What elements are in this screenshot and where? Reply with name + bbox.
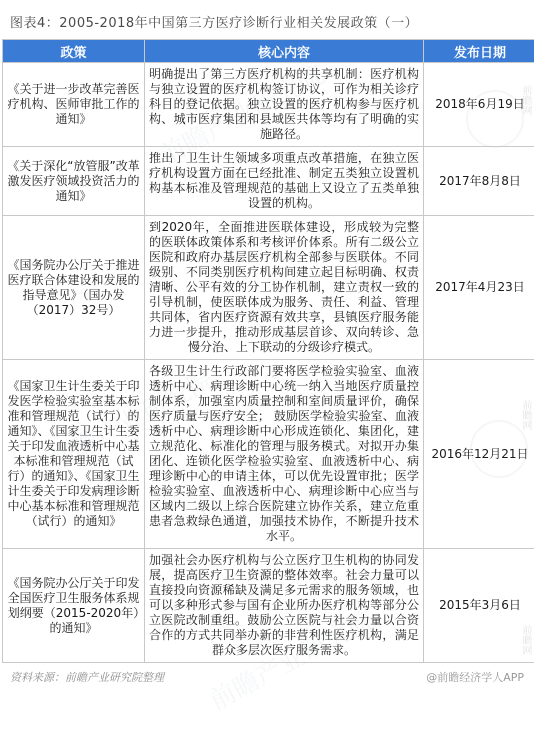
content-cell: 加强社会办医疗机构与公立医疗卫生机构的协同发展，提高医疗卫生资源的整体效率。社会…	[145, 549, 424, 663]
col-header-content: 核心内容	[145, 40, 424, 63]
credit-note: @前瞻经济学人APP	[426, 669, 524, 685]
policy-cell: 《国务院办公厅关于推进医疗联合体建设和发展的指导意见》（国办发（2017）32号…	[3, 216, 145, 360]
figure-footer: 资料来源：前瞻产业研究院整理 @前瞻经济学人APP	[0, 663, 534, 685]
date-cell: 2016年12月21日	[424, 360, 534, 549]
date-cell: 2015年3月6日	[424, 549, 534, 663]
table-row: 《国务院办公厅关于印发全国医疗卫生服务体系规划纲要（2015-2020年）的通知…	[3, 549, 534, 663]
table-row: 《国务院办公厅关于推进医疗联合体建设和发展的指导意见》（国办发（2017）32号…	[3, 216, 534, 360]
col-header-policy: 政策	[3, 40, 145, 63]
date-cell: 2018年6月19日	[424, 63, 534, 147]
policy-cell: 《国家卫生计生委关于印发医学检验实验室基本标准和管理规范（试行）的通知》、《国家…	[3, 360, 145, 549]
table-row: 《关于深化“放管服”改革激发医疗领域投资活力的通知》 推出了卫生计生领域多项重点…	[3, 147, 534, 216]
policy-table: 政策 核心内容 发布日期 《关于进一步改革完善医疗机构、医师审批工作的通知》 明…	[2, 39, 534, 663]
content-cell: 到2020年，全面推进医联体建设，形成较为完整的医联体政策体系和考核评价体系。所…	[145, 216, 424, 360]
page-title: 图表4：2005-2018年中国第三方医疗诊断行业相关发展政策（一）	[0, 0, 534, 39]
table-row: 《国家卫生计生委关于印发医学检验实验室基本标准和管理规范（试行）的通知》、《国家…	[3, 360, 534, 549]
report-figure-page: 前瞻产业研究院 前瞻产业研究院 前瞻产业研究院 前瞻网 前瞻网 前瞻网 图表4：…	[0, 0, 534, 745]
content-cell: 推出了卫生计生领域多项重点改革措施，在独立医疗机构设置方面在已经批准、制定五类独…	[145, 147, 424, 216]
policy-cell: 《国务院办公厅关于印发全国医疗卫生服务体系规划纲要（2015-2020年）的通知…	[3, 549, 145, 663]
col-header-date: 发布日期	[424, 40, 534, 63]
content-cell: 各级卫生计生行政部门要将医学检验实验室、血液透析中心、病理诊断中心统一纳入当地医…	[145, 360, 424, 549]
policy-cell: 《关于深化“放管服”改革激发医疗领域投资活力的通知》	[3, 147, 145, 216]
content-cell: 明确提出了第三方医疗机构的共享机制：医疗机构与独立设置的医疗机构签订协议，可作为…	[145, 63, 424, 147]
source-note: 资料来源：前瞻产业研究院整理	[10, 669, 164, 685]
table-header-row: 政策 核心内容 发布日期	[3, 40, 534, 63]
date-cell: 2017年8月8日	[424, 147, 534, 216]
policy-cell: 《关于进一步改革完善医疗机构、医师审批工作的通知》	[3, 63, 145, 147]
table-row: 《关于进一步改革完善医疗机构、医师审批工作的通知》 明确提出了第三方医疗机构的共…	[3, 63, 534, 147]
date-cell: 2017年4月23日	[424, 216, 534, 360]
